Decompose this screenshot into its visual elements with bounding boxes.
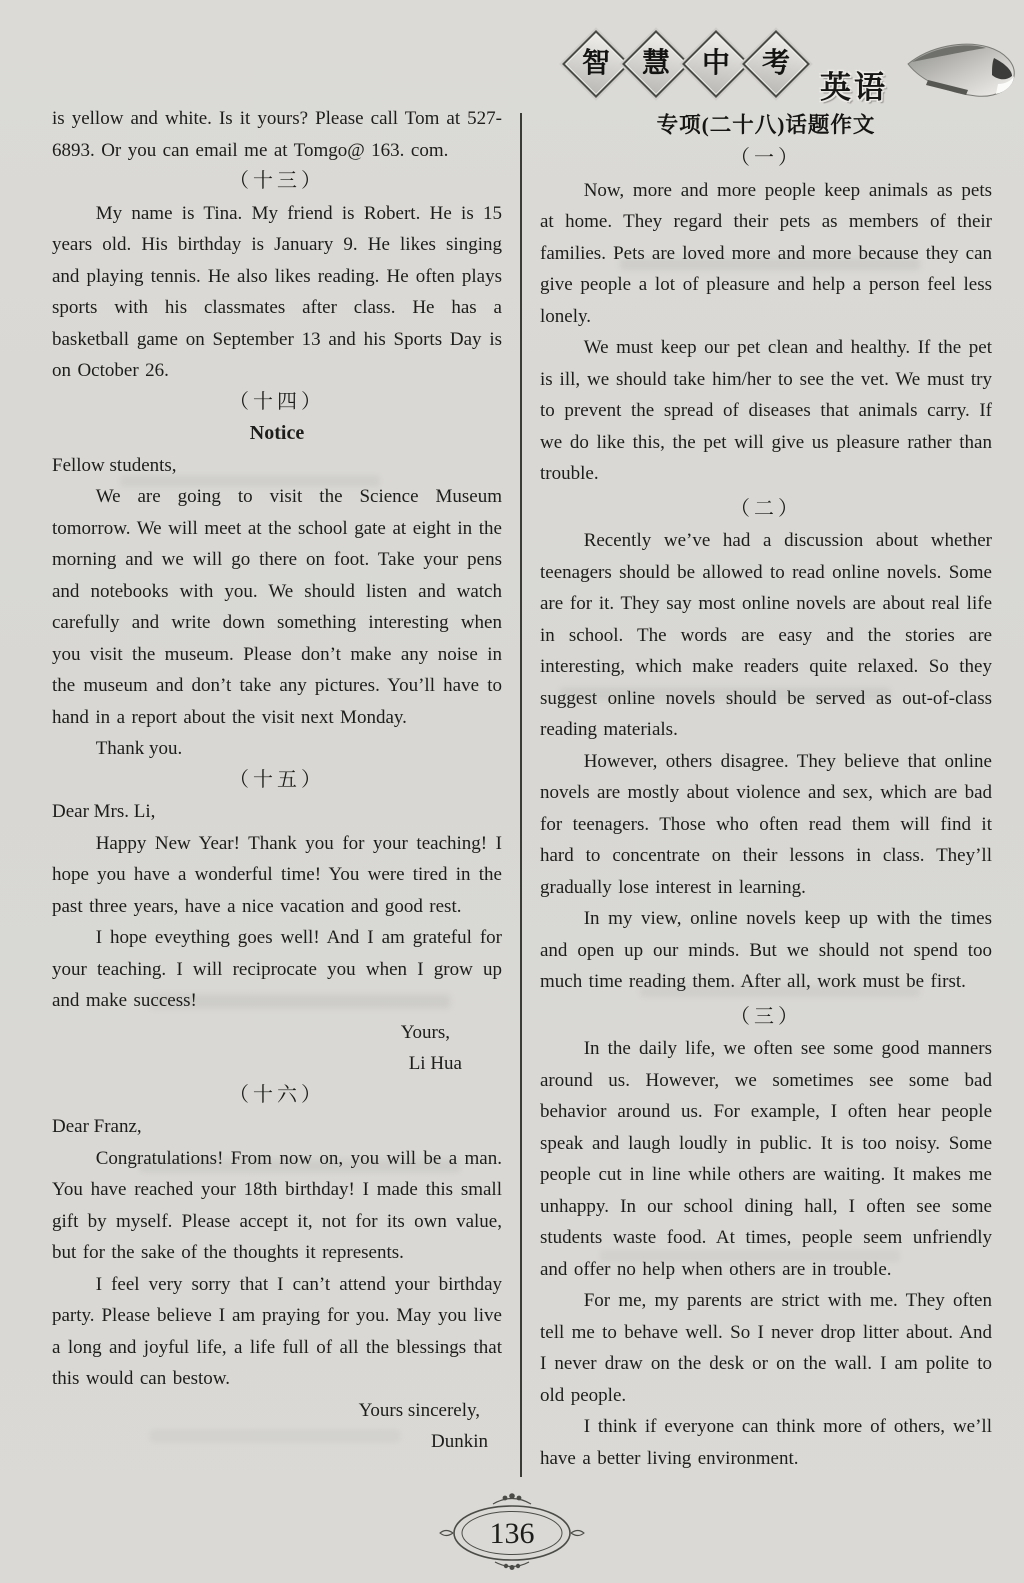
essay-2-paragraph-3: In my view, online novels keep up with t… [540, 903, 992, 998]
essay-2-paragraph-1: Recently we’ve had a discussion about wh… [540, 525, 992, 746]
essay-1-heading: （一） [540, 143, 992, 175]
train-icon [902, 38, 1020, 117]
logo-diamond-3: 中 [682, 30, 750, 98]
letter-15-paragraph-1: Happy New Year! Thank you for your teach… [52, 828, 502, 923]
subject-label: 英语 [820, 62, 888, 107]
letter-15-signoff: Yours, [52, 1017, 502, 1049]
page-number-badge: 136 [437, 1489, 587, 1578]
essay-3-paragraph-1: In the daily life, we often see some goo… [540, 1033, 992, 1285]
letter-16-paragraph-2: I feel very sorry that I can’t attend yo… [52, 1269, 502, 1395]
letter-16-signoff: Yours sincerely, [52, 1395, 502, 1427]
section-heading-16: （十六） [52, 1080, 502, 1112]
essay-2-paragraph-2: However, others disagree. They believe t… [540, 746, 992, 904]
brand-logo: 智 慧 中 考 英语 [572, 36, 1020, 117]
letter-16-salutation: Dear Franz, [52, 1111, 502, 1143]
section-heading-14: （十四） [52, 387, 502, 419]
section-13-paragraph: My name is Tina. My friend is Robert. He… [52, 198, 502, 387]
notice-closing: Thank you. [52, 733, 502, 765]
notice-body: We are going to visit the Science Museum… [52, 481, 502, 733]
logo-diamond-row: 智 慧 中 考 [572, 40, 800, 88]
unit-title: 专项(二十八)话题作文 [540, 108, 992, 143]
essay-2-heading: （二） [540, 494, 992, 526]
essay-3-paragraph-2: For me, my parents are strict with me. T… [540, 1285, 992, 1411]
logo-character-4: 考 [762, 50, 790, 78]
right-column: 专项(二十八)话题作文 （一） Now, more and more peopl… [540, 108, 992, 1474]
logo-diamond-1: 智 [562, 30, 630, 98]
essay-1-paragraph-1: Now, more and more people keep animals a… [540, 175, 992, 333]
letter-16-signature: Dunkin [52, 1426, 502, 1458]
essay-1-paragraph-2: We must keep our pet clean and healthy. … [540, 332, 992, 490]
continuation-paragraph: is yellow and white. Is it yours? Please… [52, 103, 502, 166]
letter-15-paragraph-2: I hope eveything goes well! And I am gra… [52, 922, 502, 1017]
letter-16-paragraph-1: Congratulations! From now on, you will b… [52, 1143, 502, 1269]
logo-character-1: 智 [582, 50, 610, 78]
scanned-textbook-page: 智 慧 中 考 英语 [0, 0, 1024, 1583]
section-heading-15: （十五） [52, 765, 502, 797]
notice-title: Notice [52, 418, 502, 450]
page-number-ornament: 136 [437, 1489, 587, 1573]
logo-character-3: 中 [702, 50, 730, 78]
essay-3-paragraph-3: I think if everyone can think more of ot… [540, 1411, 992, 1474]
page-number: 136 [490, 1517, 535, 1550]
letter-15-salutation: Dear Mrs. Li, [52, 796, 502, 828]
logo-diamond-4: 考 [742, 30, 810, 98]
notice-salutation: Fellow students, [52, 450, 502, 482]
section-heading-13: （十三） [52, 166, 502, 198]
left-column: is yellow and white. Is it yours? Please… [52, 103, 502, 1458]
column-divider [520, 113, 522, 1477]
logo-character-2: 慧 [642, 50, 670, 78]
essay-3-heading: （三） [540, 1002, 992, 1034]
logo-diamond-2: 慧 [622, 30, 690, 98]
letter-15-signature: Li Hua [52, 1048, 502, 1080]
